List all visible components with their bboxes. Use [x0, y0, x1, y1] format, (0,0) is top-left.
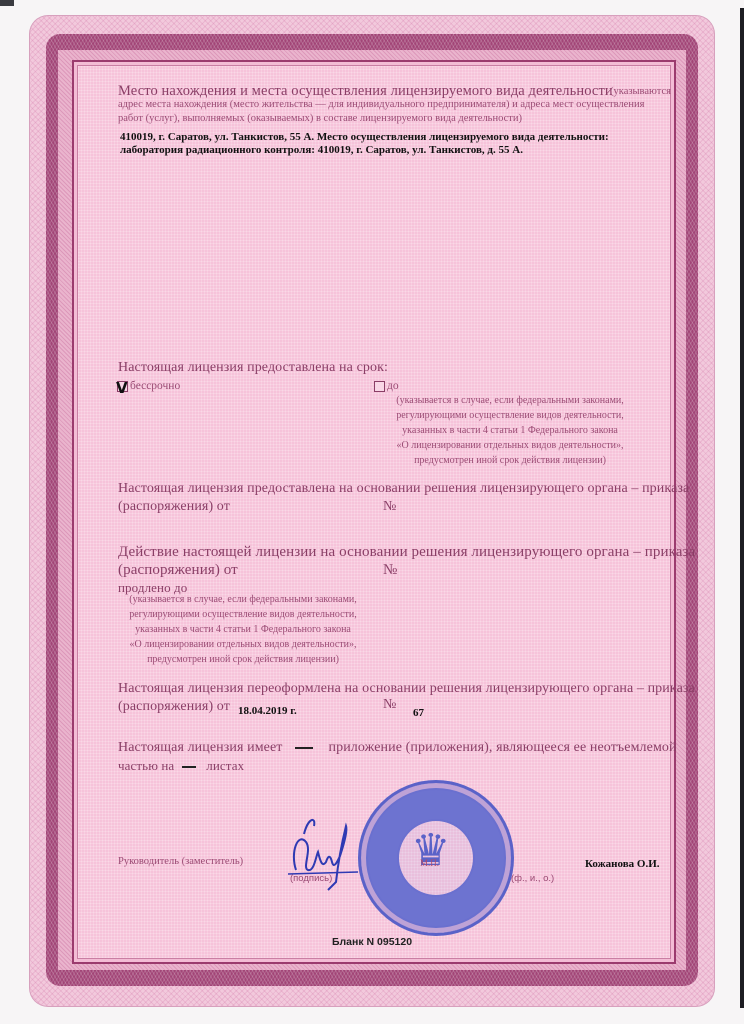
location-note: (указываются [610, 86, 671, 97]
extended-note: (указывается в случае, если федеральными… [108, 592, 378, 667]
appendix-text: частью на [118, 758, 174, 773]
note-line: регулирующими осуществление видов деятел… [360, 408, 660, 423]
appendix-text: приложение (приложения), являющееся ее н… [329, 740, 677, 755]
note-line: (указывается в случае, если федеральными… [360, 393, 660, 408]
extended-number-label: № [383, 562, 397, 579]
granted-line: (распоряжения) от [118, 499, 230, 515]
indefinite-label: бессрочно [130, 380, 180, 392]
granted-line: Настоящая лицензия предоставлена на осно… [118, 481, 689, 497]
sheets-count-blank [182, 766, 196, 768]
coat-of-arms-icon: ♛ [411, 825, 450, 876]
term-note: (указывается в случае, если федеральными… [360, 393, 660, 468]
appendix-line: Настоящая лицензия имеетприложение (прил… [118, 740, 677, 756]
location-value: 410019, г. Саратов, ул. Танкистов, 55 А.… [120, 131, 609, 143]
until-label: до [387, 380, 399, 392]
reissued-number-label: № [383, 697, 396, 713]
term-heading: Настоящая лицензия предоставлена на срок… [118, 360, 388, 376]
appendix-text: Настоящая лицензия имеет [118, 740, 283, 755]
note-line: «О лицензировании отдельных видов деятел… [108, 637, 378, 652]
reissued-date: 18.04.2019 г. [238, 705, 297, 717]
blank-number: Бланк N 095120 [0, 936, 744, 948]
note-line: предусмотрен иной срок действия лицензии… [360, 453, 660, 468]
signatory-name: Кожанова О.И. [585, 858, 660, 870]
note-line: (указывается в случае, если федеральными… [108, 592, 378, 607]
location-value: лаборатория радиационного контроля: 4100… [120, 144, 523, 156]
signature-caption: (подпись) [290, 873, 332, 884]
appendix-line: частью налистах [118, 758, 244, 774]
appendix-count-blank [295, 747, 313, 749]
note-line: «О лицензировании отдельных видов деятел… [360, 438, 660, 453]
location-note: работ (услуг), выполняемых (оказываемых)… [118, 113, 522, 124]
check-mark-icon: V [116, 379, 128, 397]
name-caption: (ф., и., о.) [511, 873, 554, 884]
scan-edge [740, 8, 744, 1008]
note-line: указанных в части 4 статьи 1 Федеральног… [360, 423, 660, 438]
reissued-number: 67 [413, 707, 424, 719]
appendix-text: листах [206, 758, 244, 773]
note-line: указанных в части 4 статьи 1 Федеральног… [108, 622, 378, 637]
scan-edge [0, 0, 14, 6]
stamp-caption: М.П. [420, 858, 439, 868]
location-note: адрес места нахождения (место жительства… [118, 99, 644, 110]
reissued-line: (распоряжения) от [118, 699, 230, 715]
signatory-role: Руководитель (заместитель) [118, 856, 243, 867]
extended-line: (распоряжения) от [118, 562, 238, 579]
note-line: предусмотрен иной срок действия лицензии… [108, 652, 378, 667]
until-checkbox[interactable] [374, 381, 385, 392]
extended-line: Действие настоящей лицензии на основании… [118, 544, 695, 561]
reissued-line: Настоящая лицензия переоформлена на осно… [118, 681, 695, 697]
granted-number-label: № [383, 499, 396, 515]
note-line: регулирующими осуществление видов деятел… [108, 607, 378, 622]
location-heading: Место нахождения и места осуществления л… [118, 83, 613, 100]
